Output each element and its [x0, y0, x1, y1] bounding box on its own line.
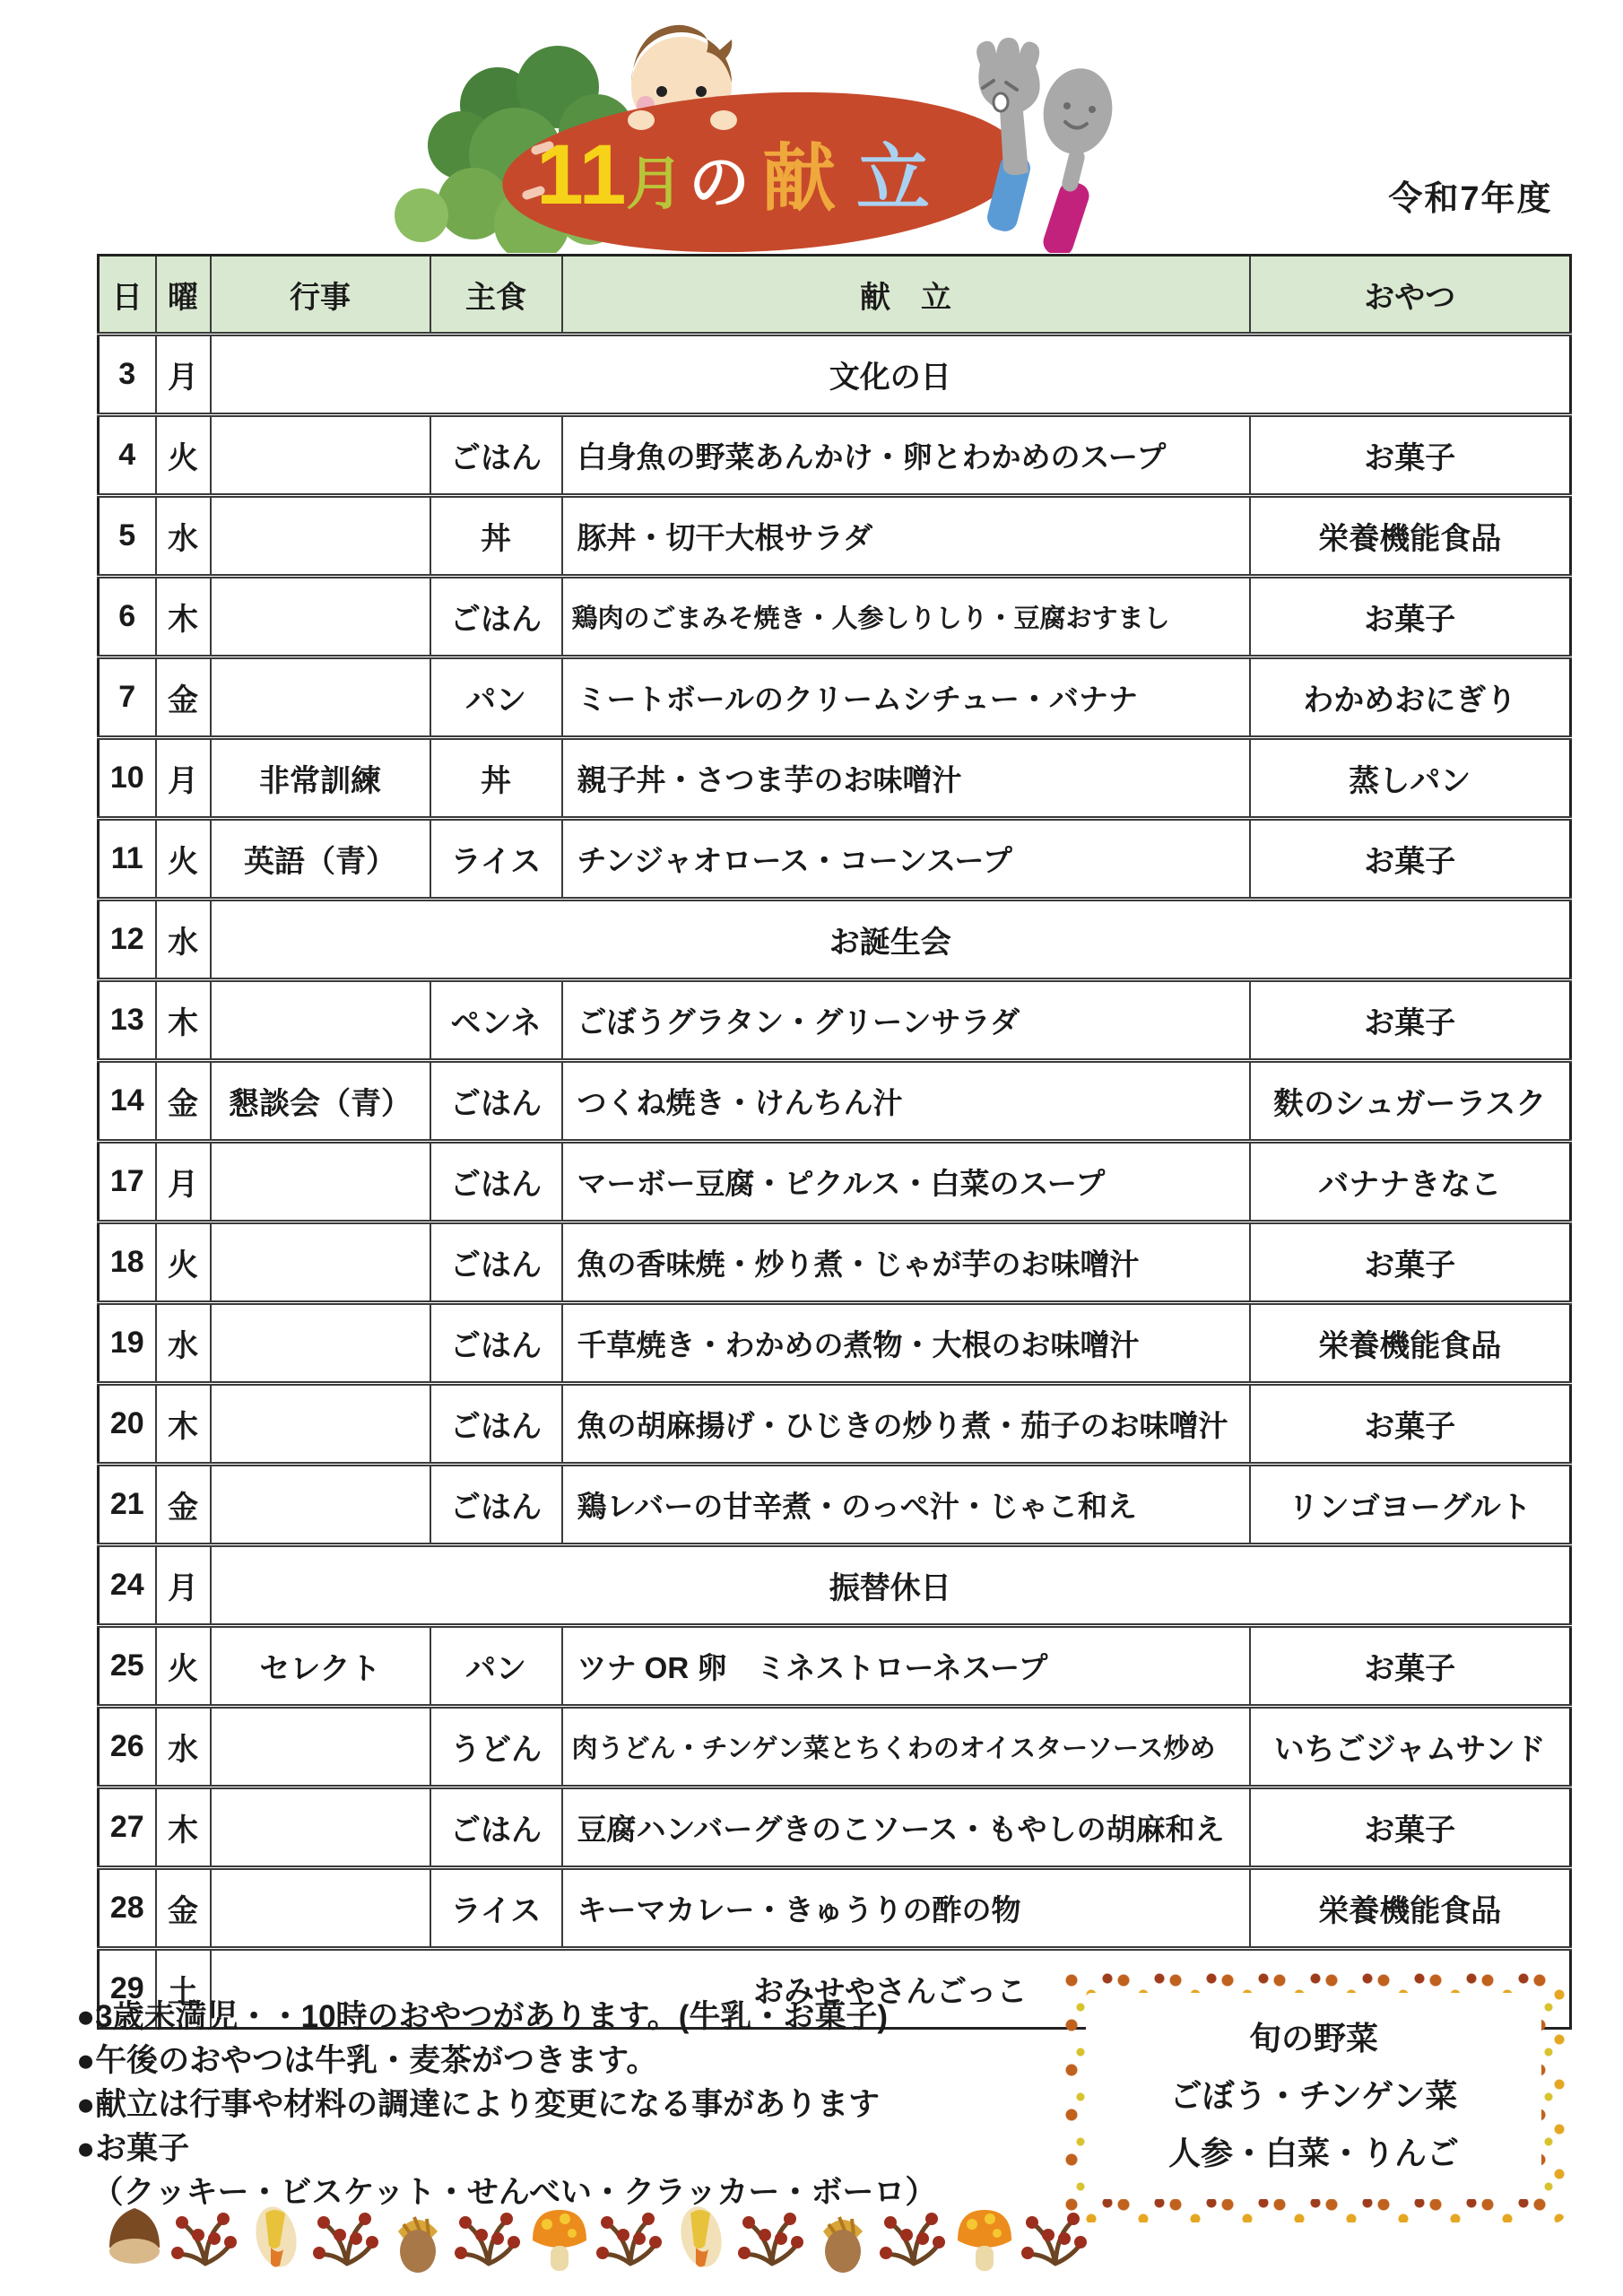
- table-row: 25火セレクトパンツナ OR 卵 ミネストローネスープお菓子: [99, 1626, 1571, 1707]
- menu-cell: キーマカレー・きゅうりの酢の物: [562, 1868, 1250, 1949]
- day-cell: 3: [99, 335, 156, 415]
- snack-cell: いちごジャムサンド: [1250, 1707, 1571, 1787]
- mushroom-icon: [533, 2210, 586, 2271]
- snack-cell: 栄養機能食品: [1250, 1303, 1571, 1384]
- note-line: ●午後のおやつは牛乳・麦茶がつきます。: [76, 2039, 1045, 2083]
- note-line: ●3歳未満児・・10時のおやつがあります。(牛乳・お菓子): [76, 1995, 1045, 2039]
- footer-decoration: [100, 2194, 1096, 2283]
- event-cell: [211, 1222, 430, 1303]
- merged-event-cell: お誕生会: [211, 900, 1571, 980]
- table-row: 12水お誕生会: [99, 900, 1571, 980]
- menu-cell: 肉うどん・チンゲン菜とちくわのオイスターソース炒め: [562, 1707, 1250, 1787]
- note-line: ●献立は行事や材料の調達により変更になる事があります: [76, 2083, 1045, 2126]
- merged-event-cell: 文化の日: [211, 335, 1571, 415]
- corn-icon: [250, 2203, 301, 2271]
- notes: ●3歳未満児・・10時のおやつがあります。(牛乳・お菓子)●午後のおやつは牛乳・…: [76, 1995, 1045, 2214]
- corn-icon: [675, 2203, 726, 2271]
- day-cell: 12: [99, 900, 156, 980]
- snack-cell: お菓子: [1250, 1787, 1571, 1868]
- acorn-icon: [823, 2217, 863, 2273]
- weekday-cell: 木: [156, 577, 211, 657]
- menu-cell: 豆腐ハンバーグきのこソース・もやしの胡麻和え: [562, 1787, 1250, 1868]
- day-cell: 28: [99, 1868, 156, 1949]
- menu-cell: ツナ OR 卵 ミネストローネスープ: [562, 1626, 1250, 1707]
- staple-cell: ごはん: [430, 1465, 562, 1545]
- day-cell: 19: [99, 1303, 156, 1384]
- menu-cell: 魚の香味焼・炒り煮・じゃが芋のお味噌汁: [562, 1222, 1250, 1303]
- table-row: 18火ごはん魚の香味焼・炒り煮・じゃが芋のお味噌汁お菓子: [99, 1222, 1571, 1303]
- table-row: 14金懇談会（青）ごはんつくね焼き・けんちん汁麩のシュガーラスク: [99, 1061, 1571, 1142]
- menu-cell: 豚丼・切干大根サラダ: [562, 496, 1250, 577]
- table-row: 4火ごはん白身魚の野菜あんかけ・卵とわかめのスープお菓子: [99, 415, 1571, 496]
- table-row: 5水丼豚丼・切干大根サラダ栄養機能食品: [99, 496, 1571, 577]
- menu-cell: 親子丼・さつま芋のお味噌汁: [562, 738, 1250, 819]
- snack-cell: 栄養機能食品: [1250, 496, 1571, 577]
- event-cell: [211, 496, 430, 577]
- weekday-cell: 水: [156, 1303, 211, 1384]
- staple-cell: ライス: [430, 1868, 562, 1949]
- snack-cell: お菓子: [1250, 980, 1571, 1061]
- event-cell: [211, 657, 430, 738]
- table-row: 11火英語（青）ライスチンジャオロース・コーンスープお菓子: [99, 819, 1571, 900]
- weekday-cell: 月: [156, 738, 211, 819]
- staple-cell: ライス: [430, 819, 562, 900]
- column-header: 日: [99, 256, 156, 335]
- weekday-cell: 火: [156, 1222, 211, 1303]
- day-cell: 6: [99, 577, 156, 657]
- weekday-cell: 木: [156, 1384, 211, 1465]
- snack-cell: リンゴヨーグルト: [1250, 1465, 1571, 1545]
- fiscal-year-label: 令和7年度: [1345, 170, 1596, 220]
- seasonal-title: 旬の野菜: [1249, 2010, 1378, 2067]
- snack-cell: お菓子: [1250, 1222, 1571, 1303]
- staple-cell: ごはん: [430, 1222, 562, 1303]
- column-header: 曜: [156, 256, 211, 335]
- day-cell: 27: [99, 1787, 156, 1868]
- day-cell: 17: [99, 1142, 156, 1222]
- day-cell: 25: [99, 1626, 156, 1707]
- event-cell: [211, 415, 430, 496]
- seasonal-box-inner: 旬の野菜 ごぼう・チンゲン菜 人参・白菜・りんご: [1086, 1993, 1541, 2199]
- berry-branch-icon: [596, 2213, 662, 2264]
- event-cell: [211, 1384, 430, 1465]
- snack-cell: バナナきなこ: [1250, 1142, 1571, 1222]
- event-cell: 懇談会（青）: [211, 1061, 430, 1142]
- snack-cell: お菓子: [1250, 577, 1571, 657]
- day-cell: 13: [99, 980, 156, 1061]
- event-cell: [211, 1707, 430, 1787]
- berry-branch-icon: [738, 2213, 803, 2264]
- berry-branch-icon: [880, 2213, 945, 2264]
- day-cell: 24: [99, 1545, 156, 1626]
- logo-illustration: 11月の献立: [296, 20, 1148, 253]
- weekday-cell: 火: [156, 1626, 211, 1707]
- weekday-cell: 水: [156, 900, 211, 980]
- table-row: 13木ペンネごぼうグラタン・グリーンサラダお菓子: [99, 980, 1571, 1061]
- snack-cell: 栄養機能食品: [1250, 1868, 1571, 1949]
- table-row: 26水うどん肉うどん・チンゲン菜とちくわのオイスターソース炒めいちごジャムサンド: [99, 1707, 1571, 1787]
- snack-cell: お菓子: [1250, 819, 1571, 900]
- event-cell: [211, 577, 430, 657]
- staple-cell: ごはん: [430, 577, 562, 657]
- day-cell: 10: [99, 738, 156, 819]
- table-row: 27木ごはん豆腐ハンバーグきのこソース・もやしの胡麻和えお菓子: [99, 1787, 1571, 1868]
- snack-cell: 麩のシュガーラスク: [1250, 1061, 1571, 1142]
- day-cell: 21: [99, 1465, 156, 1545]
- staple-cell: 丼: [430, 738, 562, 819]
- weekday-cell: 水: [156, 1707, 211, 1787]
- weekday-cell: 金: [156, 657, 211, 738]
- menu-cell: チンジャオロース・コーンスープ: [562, 819, 1250, 900]
- snack-cell: お菓子: [1250, 1626, 1571, 1707]
- berry-branch-icon: [313, 2213, 378, 2264]
- mushroom-icon: [958, 2210, 1011, 2271]
- table-row: 10月非常訓練丼親子丼・さつま芋のお味噌汁蒸しパン: [99, 738, 1571, 819]
- weekday-cell: 火: [156, 415, 211, 496]
- weekday-cell: 水: [156, 496, 211, 577]
- chestnut-icon: [109, 2208, 160, 2264]
- menu-cell: ごぼうグラタン・グリーンサラダ: [562, 980, 1250, 1061]
- weekday-cell: 月: [156, 1545, 211, 1626]
- weekday-cell: 木: [156, 1787, 211, 1868]
- staple-cell: 丼: [430, 496, 562, 577]
- event-cell: 英語（青）: [211, 819, 430, 900]
- weekday-cell: 月: [156, 335, 211, 415]
- event-cell: [211, 1465, 430, 1545]
- table-row: 28金ライスキーマカレー・きゅうりの酢の物栄養機能食品: [99, 1868, 1571, 1949]
- weekday-cell: 木: [156, 980, 211, 1061]
- berry-branch-icon: [171, 2213, 237, 2264]
- note-line: ●お菓子: [76, 2126, 1045, 2170]
- weekday-cell: 金: [156, 1868, 211, 1949]
- day-cell: 5: [99, 496, 156, 577]
- menu-table-container: 日曜行事主食献 立おやつ 3月文化の日4火ごはん白身魚の野菜あんかけ・卵とわかめ…: [97, 254, 1569, 2030]
- day-cell: 18: [99, 1222, 156, 1303]
- menu-cell: 鶏レバーの甘辛煮・のっぺ汁・じゃこ和え: [562, 1465, 1250, 1545]
- column-header: 主食: [430, 256, 562, 335]
- seasonal-line: ごぼう・チンゲン菜: [1170, 2067, 1458, 2125]
- staple-cell: ごはん: [430, 1384, 562, 1465]
- table-row: 3月文化の日: [99, 335, 1571, 415]
- menu-cell: 鶏肉のごまみそ焼き・人参しりしり・豆腐おすまし: [562, 577, 1250, 657]
- column-header: 行事: [211, 256, 430, 335]
- table-row: 7金パンミートボールのクリームシチュー・バナナわかめおにぎり: [99, 657, 1571, 738]
- seasonal-box: 旬の野菜 ごぼう・チンゲン菜 人参・白菜・りんご: [1063, 1970, 1565, 2222]
- staple-cell: ごはん: [430, 1061, 562, 1142]
- merged-event-cell: 振替休日: [211, 1545, 1571, 1626]
- event-cell: [211, 980, 430, 1061]
- day-cell: 7: [99, 657, 156, 738]
- event-cell: [211, 1868, 430, 1949]
- event-cell: [211, 1303, 430, 1384]
- event-cell: [211, 1787, 430, 1868]
- berry-branch-icon: [1021, 2213, 1087, 2264]
- staple-cell: ごはん: [430, 415, 562, 496]
- weekday-cell: 金: [156, 1061, 211, 1142]
- event-cell: セレクト: [211, 1626, 430, 1707]
- snack-cell: お菓子: [1250, 415, 1571, 496]
- table-row: 6木ごはん鶏肉のごまみそ焼き・人参しりしり・豆腐おすましお菓子: [99, 577, 1571, 657]
- page: { "logo": { "title": "11月の献立", "title_pa…: [0, 0, 1623, 2296]
- table-row: 17月ごはんマーボー豆腐・ピクルス・白菜のスープバナナきなこ: [99, 1142, 1571, 1222]
- acorn-icon: [398, 2217, 438, 2273]
- seasonal-line: 人参・白菜・りんご: [1168, 2125, 1459, 2182]
- event-cell: [211, 1142, 430, 1222]
- snack-cell: お菓子: [1250, 1384, 1571, 1465]
- snack-cell: 蒸しパン: [1250, 738, 1571, 819]
- column-header: おやつ: [1250, 256, 1571, 335]
- table-row: 20木ごはん魚の胡麻揚げ・ひじきの炒り煮・茄子のお味噌汁お菓子: [99, 1384, 1571, 1465]
- menu-cell: 千草焼き・わかめの煮物・大根のお味噌汁: [562, 1303, 1250, 1384]
- day-cell: 4: [99, 415, 156, 496]
- day-cell: 14: [99, 1061, 156, 1142]
- spoon-icon: [1037, 63, 1119, 253]
- event-cell: 非常訓練: [211, 738, 430, 819]
- staple-cell: パン: [430, 1626, 562, 1707]
- day-cell: 11: [99, 819, 156, 900]
- column-header: 献 立: [562, 256, 1250, 335]
- staple-cell: ごはん: [430, 1142, 562, 1222]
- staple-cell: ペンネ: [430, 980, 562, 1061]
- weekday-cell: 火: [156, 819, 211, 900]
- menu-table: 日曜行事主食献 立おやつ 3月文化の日4火ごはん白身魚の野菜あんかけ・卵とわかめ…: [97, 254, 1572, 2030]
- staple-cell: パン: [430, 657, 562, 738]
- day-cell: 20: [99, 1384, 156, 1465]
- table-row: 19水ごはん千草焼き・わかめの煮物・大根のお味噌汁栄養機能食品: [99, 1303, 1571, 1384]
- weekday-cell: 金: [156, 1465, 211, 1545]
- menu-cell: ミートボールのクリームシチュー・バナナ: [562, 657, 1250, 738]
- table-row: 21金ごはん鶏レバーの甘辛煮・のっぺ汁・じゃこ和えリンゴヨーグルト: [99, 1465, 1571, 1545]
- staple-cell: うどん: [430, 1707, 562, 1787]
- staple-cell: ごはん: [430, 1787, 562, 1868]
- table-row: 24月振替休日: [99, 1545, 1571, 1626]
- weekday-cell: 月: [156, 1142, 211, 1222]
- staple-cell: ごはん: [430, 1303, 562, 1384]
- berry-branch-icon: [455, 2213, 520, 2264]
- table-header-row: 日曜行事主食献 立おやつ: [99, 256, 1571, 335]
- menu-cell: 白身魚の野菜あんかけ・卵とわかめのスープ: [562, 415, 1250, 496]
- snack-cell: わかめおにぎり: [1250, 657, 1571, 738]
- menu-cell: 魚の胡麻揚げ・ひじきの炒り煮・茄子のお味噌汁: [562, 1384, 1250, 1465]
- day-cell: 26: [99, 1707, 156, 1787]
- menu-cell: つくね焼き・けんちん汁: [562, 1061, 1250, 1142]
- menu-cell: マーボー豆腐・ピクルス・白菜のスープ: [562, 1142, 1250, 1222]
